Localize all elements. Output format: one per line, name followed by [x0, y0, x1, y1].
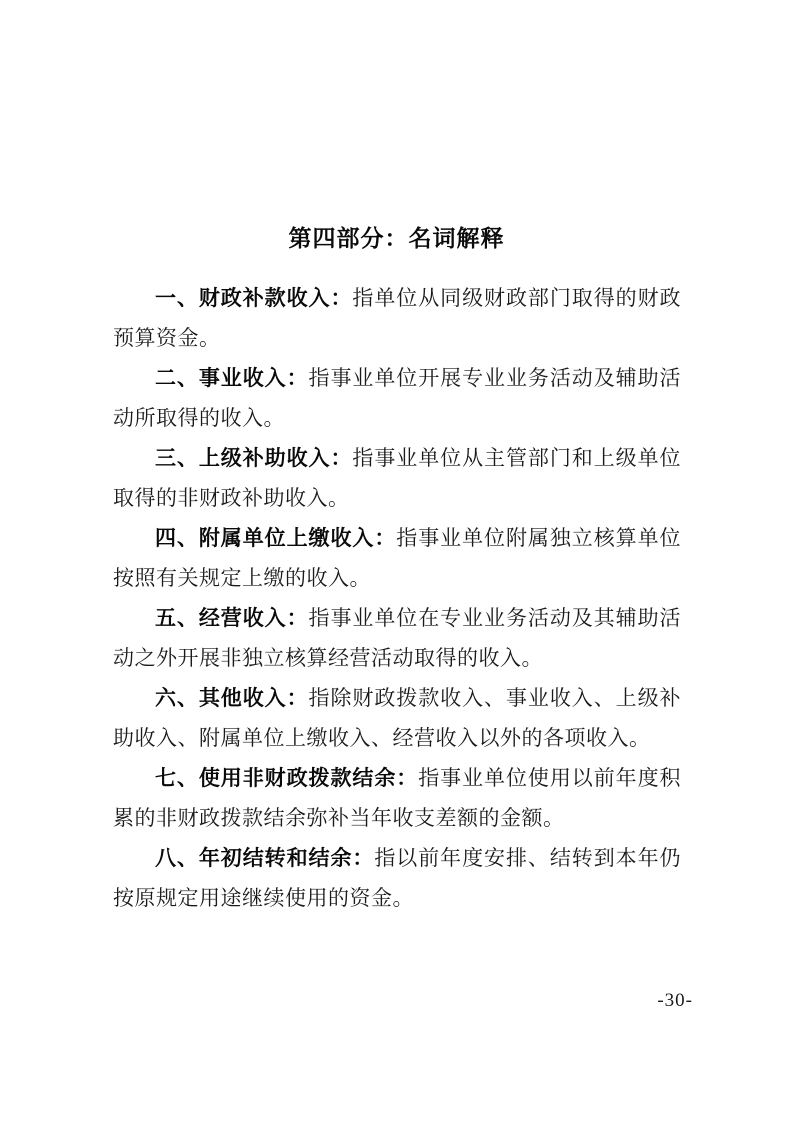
document-page: 第四部分：名词解释 一、财政补款收入：指单位从同级财政部门取得的财政预算资金。 … [0, 0, 793, 1122]
page-number: -30- [657, 990, 693, 1012]
terms-content: 一、财政补款收入：指单位从同级财政部门取得的财政预算资金。 二、事业收入：指事业… [113, 278, 681, 918]
term-paragraph: 三、上级补助收入：指事业单位从主管部门和上级单位取得的非财政补助收入。 [113, 438, 681, 518]
term-label: 一、财政补款收入： [155, 286, 352, 310]
term-paragraph: 一、财政补款收入：指单位从同级财政部门取得的财政预算资金。 [113, 278, 681, 358]
term-paragraph: 八、年初结转和结余：指以前年度安排、结转到本年仍按原规定用途继续使用的资金。 [113, 838, 681, 918]
term-label: 七、使用非财政拨款结余： [155, 766, 418, 790]
term-label: 二、事业收入： [155, 366, 309, 390]
term-paragraph: 七、使用非财政拨款结余：指事业单位使用以前年度积累的非财政拨款结余弥补当年收支差… [113, 758, 681, 838]
term-paragraph: 二、事业收入：指事业单位开展专业业务活动及辅助活动所取得的收入。 [113, 358, 681, 438]
term-paragraph: 六、其他收入：指除财政拨款收入、事业收入、上级补助收入、附属单位上缴收入、经营收… [113, 678, 681, 758]
term-label: 五、经营收入： [155, 606, 309, 630]
term-paragraph: 五、经营收入：指事业单位在专业业务活动及其辅助活动之外开展非独立核算经营活动取得… [113, 598, 681, 678]
page-title: 第四部分：名词解释 [0, 220, 793, 253]
term-label: 六、其他收入： [155, 686, 309, 710]
term-label: 四、附属单位上缴收入： [155, 526, 396, 550]
term-label: 三、上级补助收入： [155, 446, 352, 470]
term-label: 八、年初结转和结余： [155, 846, 374, 870]
term-paragraph: 四、附属单位上缴收入：指事业单位附属独立核算单位按照有关规定上缴的收入。 [113, 518, 681, 598]
